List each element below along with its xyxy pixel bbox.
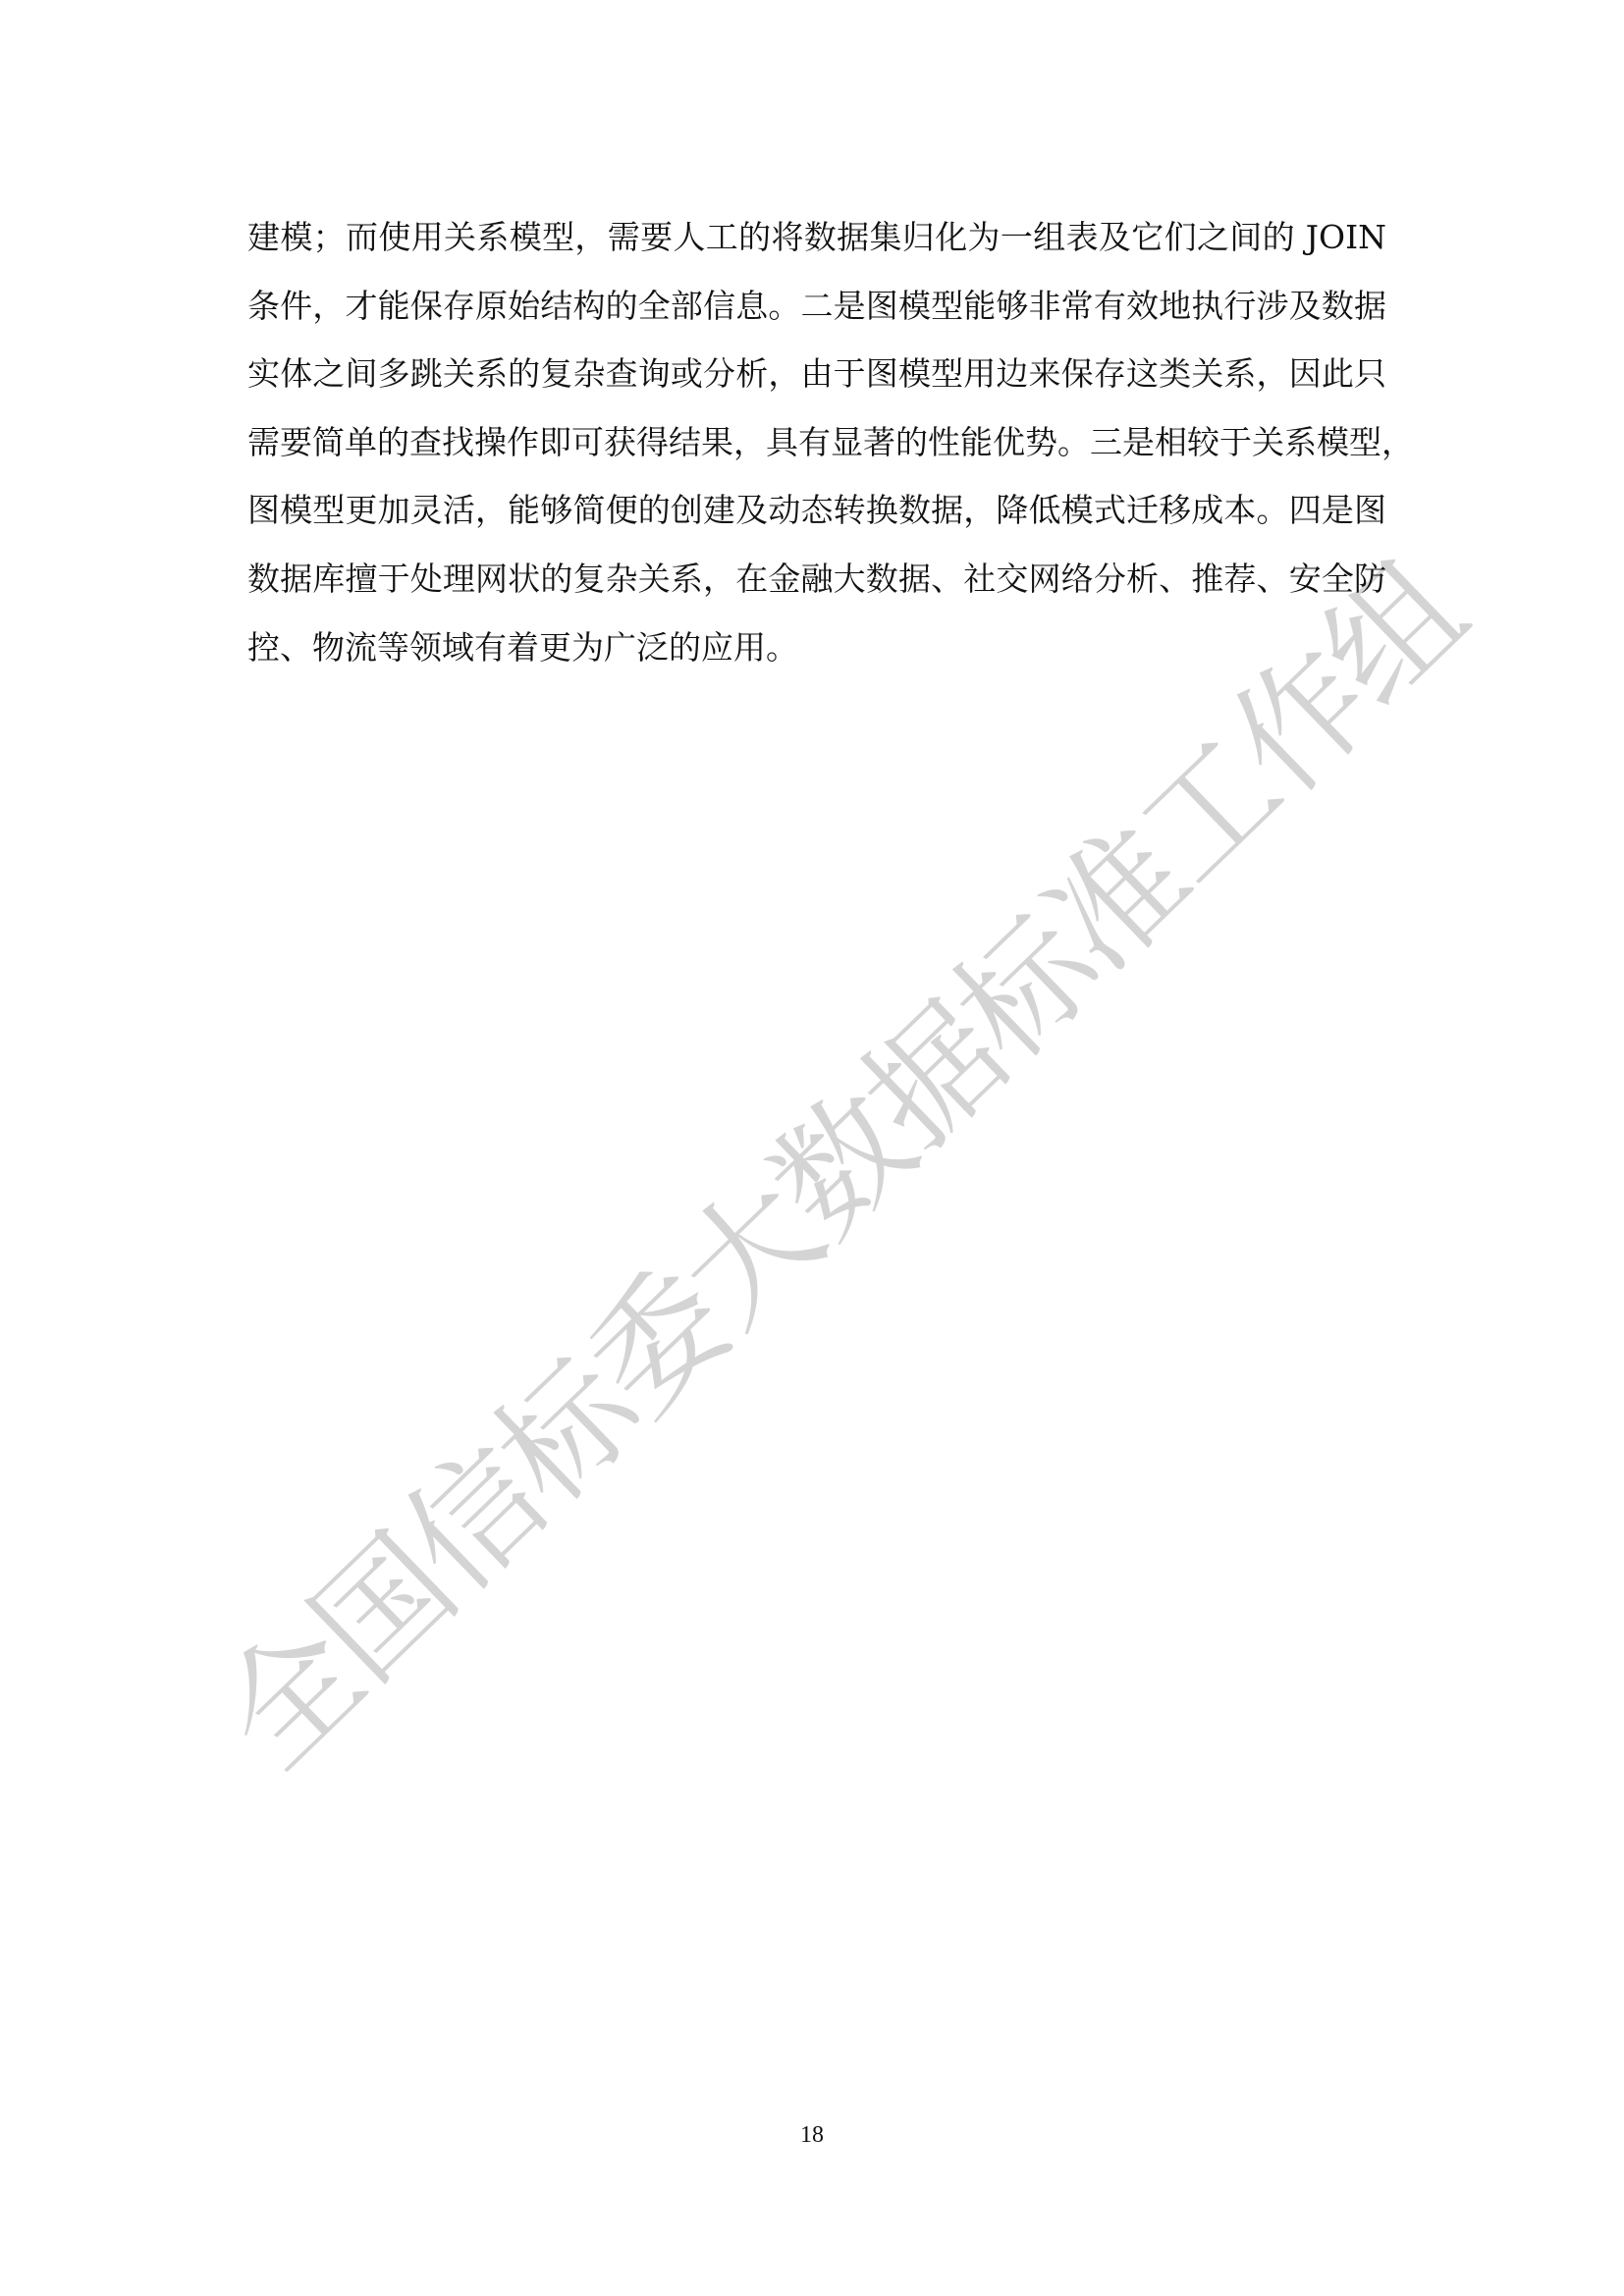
body-line-7: 控、物流等领域有着更为广泛的应用。 bbox=[247, 614, 1386, 682]
document-page: 全国信标委大数据标准工作组 建模；而使用关系模型，需要人工的将数据集归化为一组表… bbox=[0, 0, 1624, 2296]
watermark-text: 全国信标委大数据标准工作组 bbox=[192, 535, 1492, 1797]
body-line-6: 数据库擅于处理网状的复杂关系，在金融大数据、社交网络分析、推荐、安全防 bbox=[247, 545, 1386, 614]
body-line-1: 建模；而使用关系模型，需要人工的将数据集归化为一组表及它们之间的 JOIN bbox=[247, 203, 1386, 272]
body-line-3: 实体之间多跳关系的复杂查询或分析，由于图模型用边来保存这类关系，因此只 bbox=[247, 340, 1386, 408]
body-paragraph: 建模；而使用关系模型，需要人工的将数据集归化为一组表及它们之间的 JOIN 条件… bbox=[247, 203, 1386, 681]
page-number: 18 bbox=[0, 2122, 1624, 2149]
watermark: 全国信标委大数据标准工作组 bbox=[172, 514, 1496, 1802]
body-line-4: 需要简单的查找操作即可获得结果，具有显著的性能优势。三是相较于关系模型， bbox=[247, 408, 1386, 477]
body-line-5: 图模型更加灵活，能够简便的创建及动态转换数据，降低模式迁移成本。四是图 bbox=[247, 476, 1386, 545]
body-line-2: 条件，才能保存原始结构的全部信息。二是图模型能够非常有效地执行涉及数据 bbox=[247, 272, 1386, 341]
